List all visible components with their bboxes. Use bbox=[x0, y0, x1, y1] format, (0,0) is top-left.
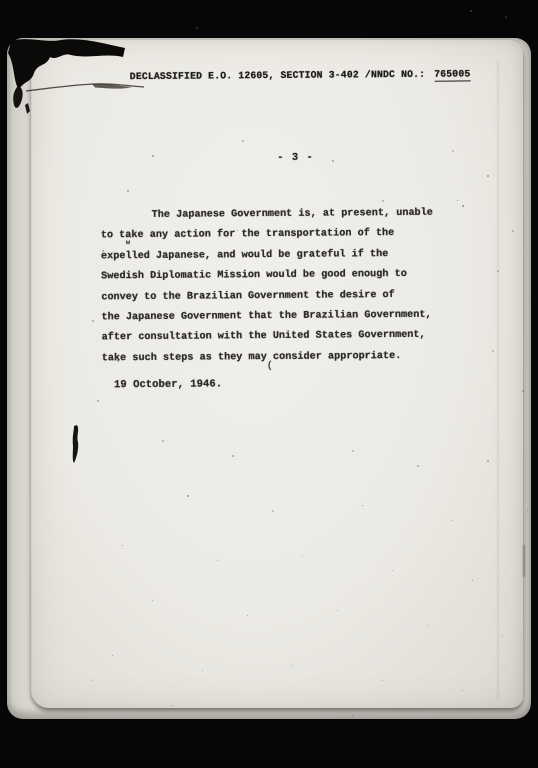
body-paragraph: The Japanese Government is, at present, … bbox=[101, 203, 482, 369]
body-line: take such steps as they may consider app… bbox=[102, 346, 482, 369]
body-line: after consultation with the United State… bbox=[102, 326, 482, 349]
typed-content-layer: DECLASSIFIED E.O. 12605, SECTION 3-402 /… bbox=[0, 0, 538, 768]
declassification-header: DECLASSIFIED E.O. 12605, SECTION 3-402 /… bbox=[93, 57, 470, 93]
stray-caret-mark: w bbox=[126, 239, 130, 247]
stray-paren-mark: ( bbox=[267, 361, 273, 372]
nndc-number: 765005 bbox=[434, 68, 470, 81]
page-number: - 3 - bbox=[277, 152, 314, 164]
scanned-document-photo: DECLASSIFIED E.O. 12605, SECTION 3-402 /… bbox=[0, 0, 538, 768]
body-line: The Japanese Government is, at present, … bbox=[101, 203, 481, 226]
date-line: 19 October, 1946. bbox=[114, 378, 222, 391]
declassification-text: DECLASSIFIED E.O. 12605, SECTION 3-402 /… bbox=[130, 69, 426, 82]
